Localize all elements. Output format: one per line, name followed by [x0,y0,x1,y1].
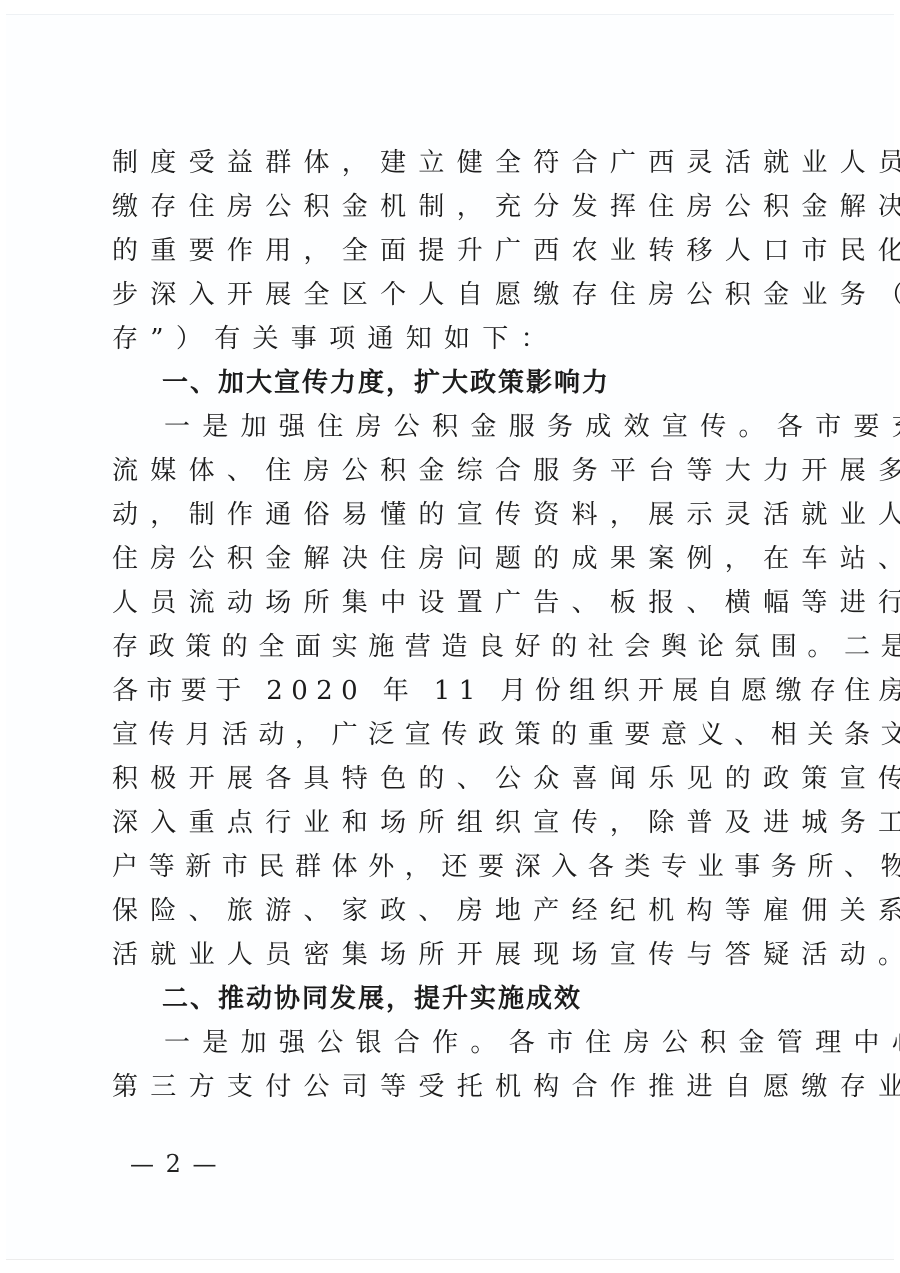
document-page: 制度受益群体，建立健全符合广西灵活就业人员特点的个人自愿 缴存住房公积金机制，充… [6,14,894,1260]
paragraph-line: 第三方支付公司等受托机构合作推进自愿缴存业务工作。发挥商 [112,1065,802,1109]
paragraph-line: 一是加强公银合作。各市住房公积金管理中心可与商业银行、 [112,1021,802,1065]
paragraph-line: 动，制作通俗易懂的宣传资料，展示灵活就业人员通过自愿缴存 [112,493,802,537]
paragraph-line: 深入重点行业和场所组织宣传，除普及进城务工人员、个体工商 [112,801,802,845]
paragraph-line: 保险、旅游、家政、房地产经纪机构等雇佣关系集中的行业和灵 [112,889,802,933]
paragraph-line: 活就业人员密集场所开展现场宣传与答疑活动。 [112,933,802,977]
paragraph-line: 户等新市民群体外，还要深入各类专业事务所、物流、贸易市场、 [112,845,802,889]
paragraph-line: 住房公积金解决住房问题的成果案例，在车站、市场、公交站等 [112,537,802,581]
paragraph-line: 流媒体、住房公积金综合服务平台等大力开展多种形式的宣传活 [112,449,802,493]
document-body: 制度受益群体，建立健全符合广西灵活就业人员特点的个人自愿 缴存住房公积金机制，充… [112,141,802,1109]
paragraph-line: 积极开展各具特色的、公众喜闻乐见的政策宣传普及活动。三是 [112,757,802,801]
paragraph-line: 存”）有关事项通知如下： [112,317,802,361]
paragraph-line: 存政策的全面实施营造良好的社会舆论氛围。二是开展专题宣传。 [112,625,802,669]
paragraph-line: 缴存住房公积金机制，充分发挥住房公积金解决新市民住房问题 [112,185,802,229]
page-number: — 2 — [130,1149,219,1179]
section-heading-1: 一、加大宣传力度，扩大政策影响力 [112,361,802,405]
paragraph-line: 各市要于 2020 年 11 月份组织开展自愿缴存住房公积金政策主题 [112,669,802,713]
paragraph-line: 的重要作用，全面提升广西农业转移人口市民化水平，现就进一 [112,229,802,273]
paragraph-line: 人员流动场所集中设置广告、板报、横幅等进行宣传，为自愿缴 [112,581,802,625]
paragraph-line: 制度受益群体，建立健全符合广西灵活就业人员特点的个人自愿 [112,141,802,185]
paragraph-line: 一是加强住房公积金服务成效宣传。各市要充分利用本地主 [112,405,802,449]
paragraph-line: 宣传月活动，广泛宣传政策的重要意义、相关条文并重点解读， [112,713,802,757]
paragraph-line: 步深入开展全区个人自愿缴存住房公积金业务（以下简称“自愿缴 [112,273,802,317]
section-heading-2: 二、推动协同发展，提升实施成效 [112,977,802,1021]
